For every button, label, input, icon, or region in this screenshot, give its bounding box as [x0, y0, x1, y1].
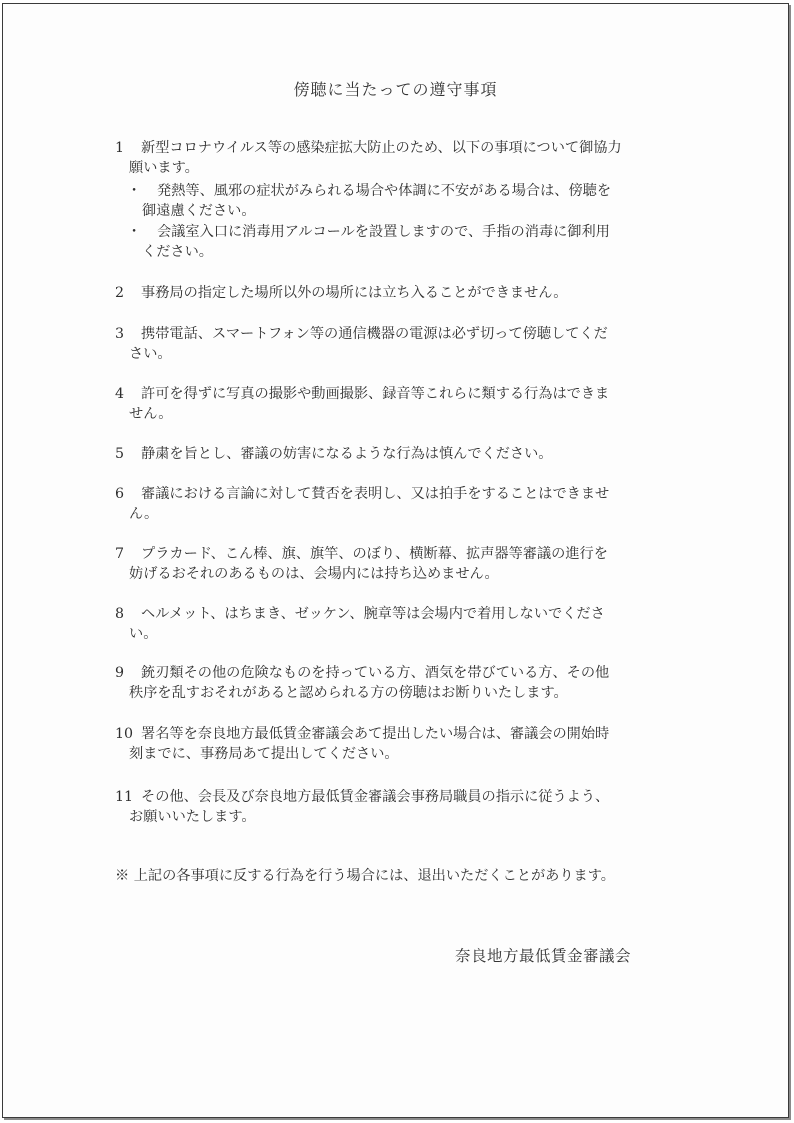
item-text-line1: プラカード、こん棒、旗、旗竿、のぼり、横断幕、拡声器等審議の進行を	[141, 546, 608, 562]
item-text-line2: さい。	[115, 344, 695, 364]
rule-item-7: 7プラカード、こん棒、旗、旗竿、のぼり、横断幕、拡声器等審議の進行を 妨げるおそ…	[115, 544, 695, 584]
item-number: 10	[115, 724, 141, 744]
document-page: 傍聴に当たっての遵守事項 1新型コロナウイルス等の感染症拡大防止のため、以下の事…	[2, 3, 789, 1118]
rule-item-5: 5静粛を旨とし、審議の妨害になるような行為は慎んでください。	[115, 444, 695, 464]
rule-item-6: 6審議における言論に対して賛否を表明し、又は拍手をすることはできませ ん。	[115, 484, 695, 524]
rule-item-2: 2事務局の指定した場所以外の場所には立ち入ることができません。	[115, 283, 695, 303]
warning-note: ※ 上記の各事項に反する行為を行う場合には、退出いただくことがあります。	[115, 866, 615, 886]
item-number: 5	[115, 444, 141, 464]
item-text-line2: ん。	[115, 504, 695, 524]
item-text-line1: 審議における言論に対して賛否を表明し、又は拍手をすることはできませ	[141, 486, 609, 502]
item-text-line1: 署名等を奈良地方最低賃金審議会あて提出したい場合は、審議会の開始時	[141, 726, 609, 742]
item-number: 9	[115, 663, 141, 683]
item-number: 4	[115, 384, 141, 404]
rule-item-3: 3携帯電話、スマートフォン等の通信機器の電源は必ず切って傍聴してくだ さい。	[115, 324, 695, 364]
item-text-line2: せん。	[115, 404, 695, 424]
rule-item-1-bullet-1: ・発熱等、風邪の症状がみられる場合や体調に不安がある場合は、傍聴を 御遠慮くださ…	[127, 181, 687, 221]
item-text-line2: 妨げるおそれのあるものは、会場内には持ち込めません。	[115, 564, 695, 584]
item-number: 6	[115, 484, 141, 504]
item-number: 1	[115, 138, 141, 158]
rule-item-8: 8ヘルメット、はちまき、ゼッケン、腕章等は会場内で着用しないでくださ い。	[115, 604, 695, 644]
item-number: 2	[115, 283, 141, 303]
rule-item-9: 9銃刃類その他の危険なものを持っている方、酒気を帯びている方、その他 秩序を乱す…	[115, 663, 695, 703]
bullet-marker: ・	[127, 222, 157, 242]
item-text-line2: い。	[115, 624, 695, 644]
item-text-line2: お願いいたします。	[115, 807, 695, 827]
item-text-line1: ヘルメット、はちまき、ゼッケン、腕章等は会場内で着用しないでくださ	[141, 606, 605, 622]
bullet-text-line2: ください。	[127, 242, 687, 262]
item-text-line2: 秩序を乱すおそれがあると認められる方の傍聴はお断りいたします。	[115, 683, 695, 703]
rule-item-10: 10署名等を奈良地方最低賃金審議会あて提出したい場合は、審議会の開始時 刻までに…	[115, 724, 695, 764]
item-text-line1: 事務局の指定した場所以外の場所には立ち入ることができません。	[141, 285, 567, 301]
bullet-text-line2: 御遠慮ください。	[127, 201, 687, 221]
bullet-text-line1: 会議室入口に消毒用アルコールを設置しますので、手指の消毒に御利用	[157, 224, 610, 240]
rule-item-1-bullet-2: ・会議室入口に消毒用アルコールを設置しますので、手指の消毒に御利用 ください。	[127, 222, 687, 262]
item-text-line2: 願います。	[115, 158, 695, 178]
document-title: 傍聴に当たっての遵守事項	[3, 77, 788, 100]
rule-item-11: 11その他、会長及び奈良地方最低賃金審議会事務局職員の指示に従うよう、 お願いい…	[115, 787, 695, 827]
item-text-line1: 許可を得ずに写真の撮影や動画撮影、録音等これらに類する行為はできま	[141, 386, 609, 402]
item-text-line1: 銃刃類その他の危険なものを持っている方、酒気を帯びている方、その他	[141, 665, 609, 681]
rule-item-4: 4許可を得ずに写真の撮影や動画撮影、録音等これらに類する行為はできま せん。	[115, 384, 695, 424]
item-number: 11	[115, 787, 141, 807]
issuer-signature: 奈良地方最低賃金審議会	[455, 944, 631, 966]
bullet-marker: ・	[127, 181, 157, 201]
item-number: 8	[115, 604, 141, 624]
item-number: 3	[115, 324, 141, 344]
rule-item-1: 1新型コロナウイルス等の感染症拡大防止のため、以下の事項について御協力 願います…	[115, 138, 695, 178]
item-text-line2: 刻までに、事務局あて提出してください。	[115, 744, 695, 764]
item-text-line1: 静粛を旨とし、審議の妨害になるような行為は慎んでください。	[141, 446, 552, 462]
item-text-line1: 携帯電話、スマートフォン等の通信機器の電源は必ず切って傍聴してくだ	[141, 326, 608, 342]
item-number: 7	[115, 544, 141, 564]
item-text-line1: その他、会長及び奈良地方最低賃金審議会事務局職員の指示に従うよう、	[141, 789, 609, 805]
bullet-text-line1: 発熱等、風邪の症状がみられる場合や体調に不安がある場合は、傍聴を	[157, 183, 611, 199]
item-text-line1: 新型コロナウイルス等の感染症拡大防止のため、以下の事項について御協力	[141, 140, 622, 156]
